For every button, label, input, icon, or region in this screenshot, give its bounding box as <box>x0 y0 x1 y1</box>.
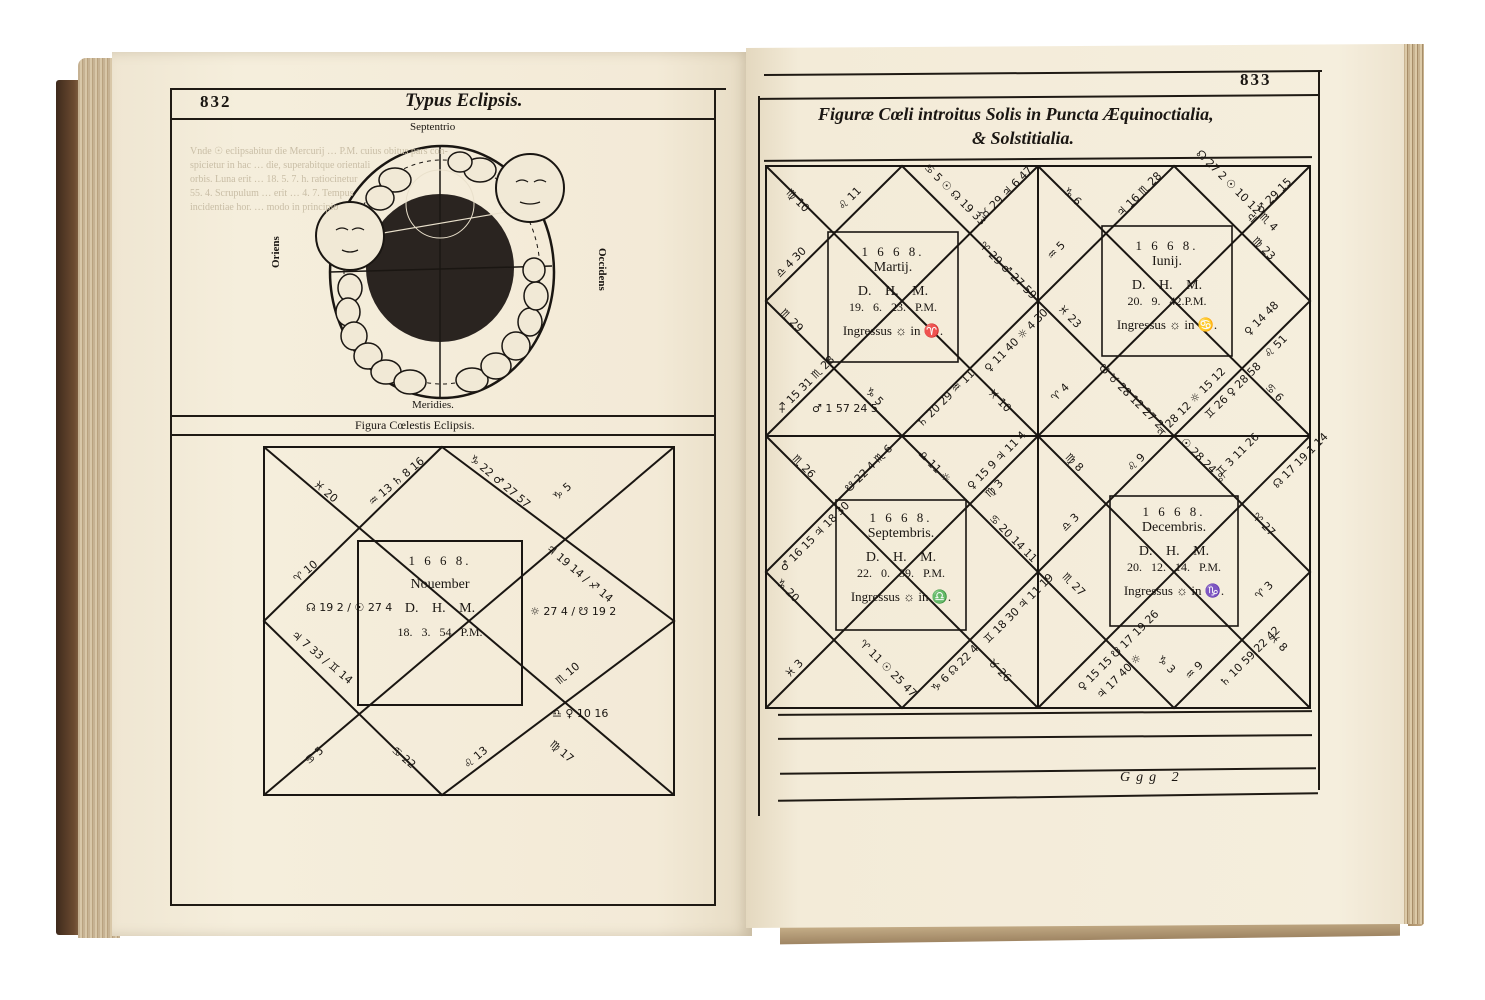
figure-caption: Figura Cœlestis Eclipsis. <box>355 418 475 433</box>
house-text: ♂ 1 57 24 5 <box>812 402 878 415</box>
dhm-values: 20. 9. 42.P.M. <box>1102 294 1232 309</box>
open-book: 832 Typus Eclipsis. Septentrio Oriens Oc… <box>0 0 1485 1000</box>
year: 1 6 6 8. <box>836 510 966 526</box>
horoscope-september: 1 6 6 8. Septembris. D. H. M. 22. 0. 39.… <box>836 510 966 605</box>
house-text: ☊ 19 2 / ☉ 27 4 <box>306 601 392 614</box>
month: Nouember <box>358 577 522 593</box>
house-text: ☼ 27 4 / ☋ 19 2 <box>530 605 616 618</box>
right-page-title-line1: Figuræ Cœli introitus Solis in Puncta Æq… <box>818 104 1214 125</box>
horoscope-december: 1 6 6 8. Decembris. D. H. M. 20. 12. 14.… <box>1110 504 1238 599</box>
horoscope-june: 1 6 6 8. Iunij. D. H. M. 20. 9. 42.P.M. … <box>1102 238 1232 333</box>
dhm-header: D. H. M. <box>1110 544 1238 560</box>
dhm-values: 22. 0. 39. P.M. <box>836 566 966 581</box>
year: 1 6 6 8. <box>828 244 958 260</box>
year: 1 6 6 8. <box>1110 504 1238 520</box>
dhm-values: 20. 12. 14. P.M. <box>1110 560 1238 575</box>
right-page-title-line2: & Solstitialia. <box>972 128 1074 149</box>
ingress: Ingressus ☼ in ♑. <box>1110 583 1238 599</box>
dhm-header: D. H. M. <box>836 550 966 566</box>
horoscope-grid: 1 6 6 8. Martij. D. H. M. 19. 6. 23. P.M… <box>764 164 1312 710</box>
month: Iunij. <box>1102 254 1232 270</box>
month: Septembris. <box>836 526 966 542</box>
year: 1 6 6 8. <box>358 553 522 569</box>
dhm-values: 19. 6. 23. P.M. <box>828 300 958 315</box>
dhm-header: D. H. M. <box>828 284 958 300</box>
dhm-header: D. H. M. <box>1102 278 1232 294</box>
page-number-left: 832 <box>200 92 232 112</box>
running-title-left: Typus Eclipsis. <box>405 90 523 112</box>
month: Martij. <box>828 260 958 276</box>
page-number-right: 833 <box>1240 70 1272 90</box>
signature-mark: Ggg 2 <box>1120 770 1185 786</box>
horoscope-march: 1 6 6 8. Martij. D. H. M. 19. 6. 23. P.M… <box>828 244 958 339</box>
ingress: Ingressus ☼ in ♎. <box>836 589 966 605</box>
month: Decembris. <box>1110 520 1238 536</box>
year: 1 6 6 8. <box>1102 238 1232 254</box>
horoscope-november: 1 6 6 8. Nouember D. H. M. 18. 3. 54 P.M… <box>262 445 676 797</box>
ingress: Ingressus ☼ in ♈. <box>828 323 958 339</box>
label-septentrio: Septentrio <box>410 121 455 133</box>
house-text: ♎ ♀ 10 16 <box>552 707 608 720</box>
label-oriens: Oriens <box>270 236 282 268</box>
dhm-values: 18. 3. 54 P.M. <box>358 625 522 640</box>
ingress: Ingressus ☼ in ♋. <box>1102 317 1232 333</box>
